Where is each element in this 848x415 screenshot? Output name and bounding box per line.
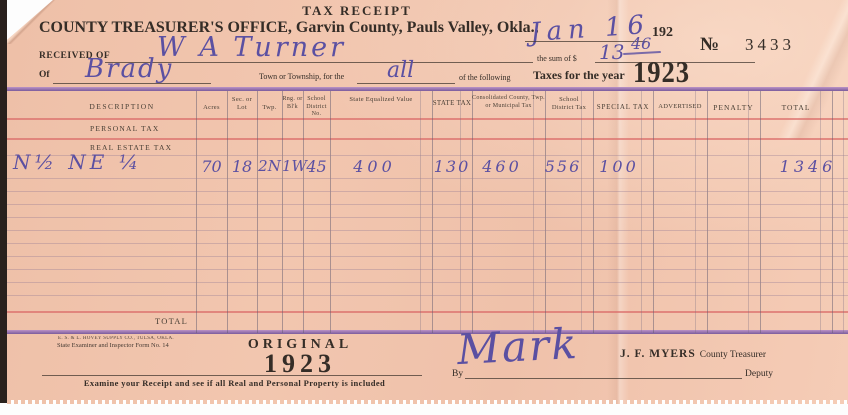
scanned-tax-receipt: TAX RECEIPT COUNTY TREASURER'S OFFICE, G… (0, 0, 848, 415)
examine-rule (42, 375, 422, 376)
grid-line (282, 91, 283, 333)
scan-edge-shadow (0, 0, 7, 403)
col-penalty: PENALTY (707, 103, 760, 112)
col-acres: Acres (196, 104, 227, 112)
handwritten-scope: all (387, 58, 414, 83)
handwritten-sum-dollars: 13 (599, 40, 624, 64)
col-advertised: ADVERTISED (653, 103, 707, 111)
entry-school-tax: 556 (541, 157, 585, 176)
taxes-for-year-label: Taxes for the year (533, 68, 625, 83)
col-total: TOTAL (760, 103, 832, 112)
deputy-label: Deputy (745, 369, 773, 379)
grid-line (832, 91, 833, 333)
grid-line (545, 91, 546, 333)
col-consolidated-tax: Consolidated County, Twp. or Municipal T… (472, 95, 545, 110)
grid-line (760, 91, 761, 333)
grid-line (653, 91, 654, 333)
entry-state-tax: 130 (432, 157, 472, 176)
grid-line (820, 91, 821, 333)
entry-rng-or-blk: 1W (282, 157, 303, 175)
grid-line (7, 256, 848, 257)
receipt-number: 3433 (745, 35, 795, 55)
handwritten-place: Brady (85, 54, 173, 84)
col-description: DESCRIPTION (47, 102, 197, 111)
grid-line (593, 91, 594, 333)
header-bottom-rule (7, 118, 848, 120)
grid-line (7, 217, 848, 218)
grid-line (7, 243, 848, 244)
scope-underline (357, 83, 455, 84)
receipt-paper: TAX RECEIPT COUNTY TREASURER'S OFFICE, G… (7, 0, 848, 404)
grid-line (707, 91, 708, 333)
grid-line (7, 295, 848, 296)
printer-imprint-line: E. S. & L. HOVEY SUPPLY CO., TULSA, OKLA… (58, 336, 174, 341)
handwritten-sum-cents: 46 (631, 34, 651, 53)
col-special-tax: SPECIAL TAX (593, 103, 653, 112)
col-state-tax: STATE TAX (432, 99, 472, 108)
by-signature-rule (465, 378, 742, 379)
document-title: TAX RECEIPT (287, 3, 427, 19)
entry-special-tax: 100 (593, 157, 645, 176)
entry-total: 1346 (772, 157, 844, 176)
grid-line (581, 91, 582, 333)
grid-line (641, 91, 642, 333)
entry-twp: 2N (257, 157, 282, 175)
following-label: of the following (459, 73, 511, 82)
grid-line (196, 91, 197, 333)
township-label: Town or Township, for the (259, 72, 344, 81)
grid-line (330, 91, 331, 333)
table-bottom-rule (7, 330, 848, 334)
treasurer-name: J. F. MYERS (620, 348, 696, 360)
col-school-district-no: School District No. (303, 96, 330, 119)
col-rng-or-blk: Rng. or Bl'k (282, 96, 303, 111)
grid-line (7, 230, 848, 231)
entry-acres: 70 (196, 157, 227, 176)
total-row-rule (7, 311, 848, 313)
entry-consolidated-tax: 460 (472, 157, 532, 176)
sum-label: the sum of $ (537, 54, 577, 63)
col-twp: Twp. (257, 104, 282, 112)
col-state-equalized-value: State Equalized Value (345, 96, 417, 104)
grid-line (7, 204, 848, 205)
grid-line (420, 91, 421, 333)
perforated-edge (7, 400, 848, 404)
total-row-label: TOTAL (155, 316, 188, 326)
grid-line (533, 91, 534, 333)
big-year: 1923 (633, 56, 690, 90)
col-sec-or-lot: Sec. or Lot (227, 96, 257, 112)
grid-line (843, 91, 844, 333)
personal-row-rule (7, 138, 848, 140)
grid-line (472, 91, 473, 333)
grid-line (227, 91, 228, 333)
form-number-line: State Examiner and Inspector Form No. 14 (57, 342, 169, 349)
entry-sec-or-lot: 18 (227, 157, 257, 176)
grid-line (7, 269, 848, 270)
entry-school-district: 45 (303, 157, 330, 176)
grid-line (695, 91, 696, 333)
entry-equalized-value: 400 (337, 157, 412, 176)
receipt-number-label: № (700, 34, 719, 56)
grid-line (7, 191, 848, 192)
grid-line (257, 91, 258, 333)
grid-line (460, 91, 461, 333)
handwritten-payer-name: W A Turner (157, 32, 346, 63)
treasurer-line: J. F. MYERS County Treasurer (620, 344, 766, 362)
grid-line (432, 91, 433, 333)
table-top-rule (7, 87, 848, 91)
examine-notice: Examine your Receipt and see if all Real… (47, 378, 422, 388)
grid-line (748, 91, 749, 333)
grid-line (7, 178, 848, 179)
personal-tax-row-label: PERSONAL TAX (90, 124, 159, 133)
year-stub: 192 (652, 25, 673, 41)
grid-line (7, 282, 848, 283)
of-label: Of (39, 70, 50, 80)
entry-description: N½ NE ¼ (13, 150, 142, 174)
treasurer-title: County Treasurer (700, 350, 766, 360)
grid-line (303, 91, 304, 333)
col-school-district-tax: School District Tax (550, 96, 588, 112)
deputy-signature: Mark (456, 319, 580, 374)
date-underline (525, 41, 647, 42)
